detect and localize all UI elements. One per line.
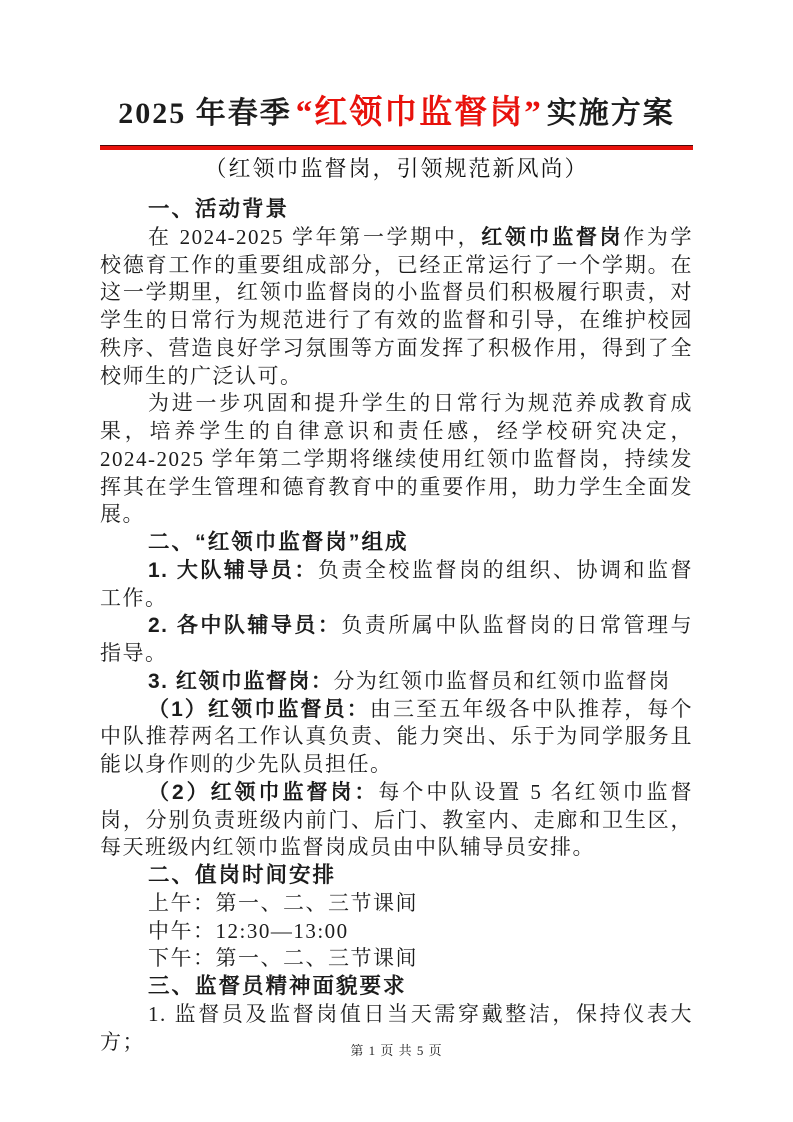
document-page: 2025 年春季“红领巾监督岗”实施方案 （红领巾监督岗，引领规范新风尚） 一、… <box>0 0 793 1122</box>
page-number: 第 1 页 共 5 页 <box>350 1043 442 1058</box>
list-item-label: （1）红领巾监督员： <box>148 698 370 721</box>
title-highlight: “红领巾监督岗” <box>292 95 547 131</box>
list-subitem-2: （2）红领巾监督岗：每个中队设置 5 名红领巾监督岗，分别负责班级内前门、后门、… <box>100 779 693 862</box>
title-divider-rule <box>100 145 693 150</box>
section-heading-background: 一、活动背景 <box>100 196 693 224</box>
document-body: 一、活动背景 在 2024-2025 学年第一学期中，红领巾监督岗作为学校德育工… <box>100 196 693 1056</box>
list-item-label: （2）红领巾监督岗： <box>148 781 378 804</box>
list-item-label: 3. 红领巾监督岗： <box>148 670 333 693</box>
list-item-text: 分为红领巾监督员和红领巾监督岗 <box>333 669 671 693</box>
list-item-3: 3. 红领巾监督岗：分为红领巾监督员和红领巾监督岗 <box>100 668 693 696</box>
list-item-label: 1. 大队辅导员： <box>148 559 318 582</box>
section-heading-composition: 二、“红领巾监督岗”组成 <box>100 529 693 557</box>
text-run: 在 2024-2025 学年第一学期中， <box>148 225 481 249</box>
text-run-bold: 红领巾监督岗 <box>481 226 623 249</box>
doc-subtitle: （红领巾监督岗，引领规范新风尚） <box>100 155 693 183</box>
list-item-label: 2. 各中队辅导员： <box>148 614 341 637</box>
page-footer: 第 1 页 共 5 页 <box>0 1040 793 1059</box>
section-heading-appearance: 三、监督员精神面貌要求 <box>100 973 693 1001</box>
schedule-line-afternoon: 下午：第一、二、三节课间 <box>100 945 693 973</box>
paragraph-background-1: 在 2024-2025 学年第一学期中，红领巾监督岗作为学校德育工作的重要组成部… <box>100 224 693 391</box>
paragraph-background-2: 为进一步巩固和提升学生的日常行为规范养成教育成果，培养学生的自律意识和责任感，经… <box>100 390 693 529</box>
title-suffix: 实施方案 <box>547 97 675 130</box>
page-title: 2025 年春季“红领巾监督岗”实施方案 <box>100 90 693 137</box>
list-subitem-1: （1）红领巾监督员：由三至五年级各中队推荐，每个中队推荐两名工作认真负责、能力突… <box>100 696 693 779</box>
text-run: 作为学校德育工作的重要组成部分，已经正常运行了一个学期。在这一学期里，红领巾监督… <box>100 225 693 388</box>
list-item-2: 2. 各中队辅导员：负责所属中队监督岗的日常管理与指导。 <box>100 612 693 668</box>
schedule-line-morning: 上午：第一、二、三节课间 <box>100 890 693 918</box>
title-prefix: 2025 年春季 <box>118 97 292 130</box>
list-item-1: 1. 大队辅导员：负责全校监督岗的组织、协调和监督工作。 <box>100 557 693 613</box>
schedule-line-noon: 中午：12:30—13:00 <box>100 918 693 946</box>
section-heading-duty-schedule: 二、值岗时间安排 <box>100 862 693 890</box>
